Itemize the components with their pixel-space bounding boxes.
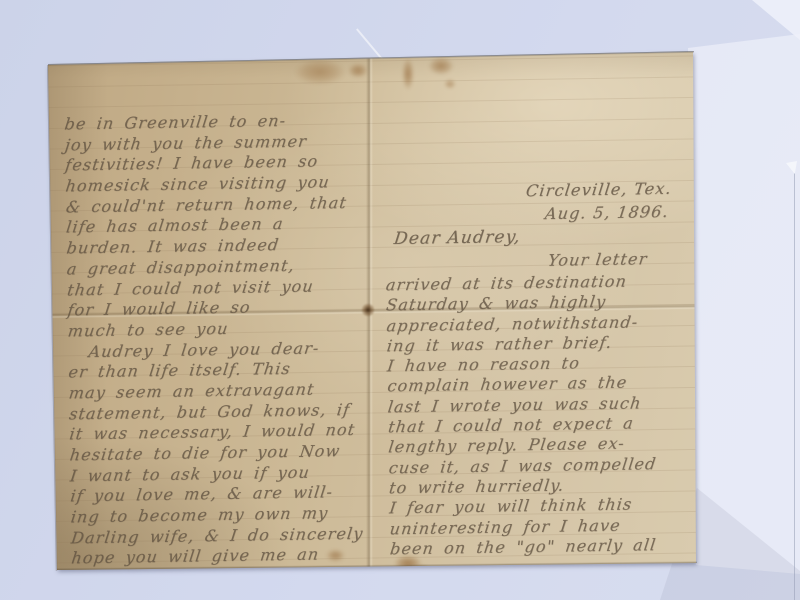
backing-sheet-edge bbox=[794, 165, 795, 600]
stain bbox=[416, 565, 429, 574]
photo-of-handwritten-letter: be in Greenville to en-joy with you the … bbox=[0, 0, 800, 600]
stain bbox=[444, 79, 456, 89]
left-page-text: be in Greenville to en-joy with you the … bbox=[64, 110, 381, 570]
dateline-date: Aug. 5, 1896. bbox=[544, 202, 670, 223]
right-page-text: arrived at its destinationSaturday & was… bbox=[386, 271, 690, 560]
stain bbox=[428, 57, 454, 75]
letter-sheet: be in Greenville to en-joy with you the … bbox=[48, 52, 696, 570]
opening-words: Your letter bbox=[547, 249, 649, 270]
letter-paper: be in Greenville to en-joy with you the … bbox=[48, 52, 696, 570]
stain bbox=[348, 63, 368, 78]
dateline-place: Circleville, Tex. bbox=[525, 179, 673, 201]
stain bbox=[294, 59, 346, 85]
salutation: Dear Audrey, bbox=[393, 227, 522, 249]
stain bbox=[402, 58, 414, 90]
